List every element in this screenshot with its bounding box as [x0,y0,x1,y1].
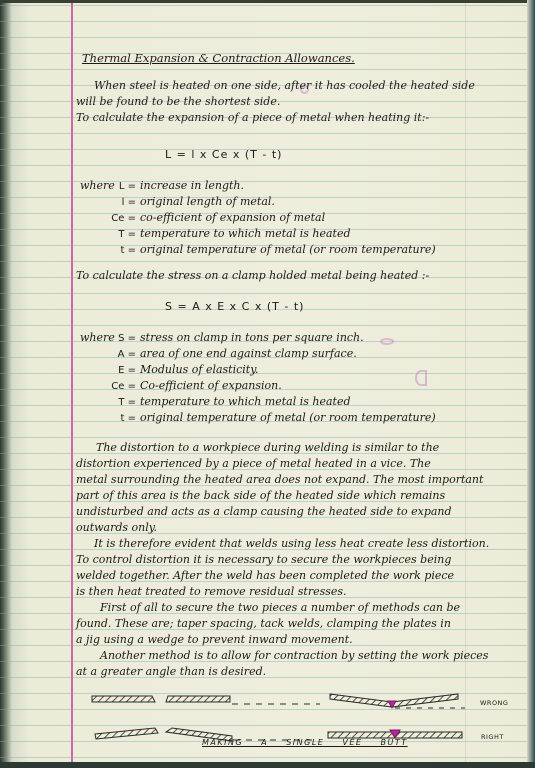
definition-row: S =stress on clamp in tons per square in… [100,330,364,347]
definition-row: L =increase in length. [100,178,244,195]
page-title: Thermal Expansion & Contraction Allowanc… [82,51,355,65]
welded-wrong [330,694,458,708]
label-right: RIGHT [481,733,504,741]
formula-stress: S = A x E x C x (T - t) [165,300,304,313]
notebook-page: Thermal Expansion & Contraction Allowanc… [0,0,535,768]
def-key: A = [100,347,136,363]
def-text: Modulus of elasticity. [140,363,258,376]
intro-line: When steel is heated on one side, after … [94,78,475,94]
paragraph-line: part of this area is the back side of th… [76,488,445,504]
intro-line: To calculate the expansion of a piece of… [76,110,429,126]
definition-row: l =original length of metal. [100,194,275,211]
paragraph-line: found. These are; taper spacing, tack we… [76,616,451,632]
definition-row: T =temperature to which metal is heated [100,394,351,411]
plate-wrong-left [92,696,155,702]
intro-line: will be found to be the shortest side. [76,94,280,110]
definition-row: T =temperature to which metal is heated [100,226,351,243]
definition-row: A =area of one end against clamp surface… [100,346,357,363]
def-key: Ce = [100,211,136,227]
vee-butt-diagram [80,684,530,764]
paragraph-line: welded together. After the weld has been… [76,568,454,584]
def-text: temperature to which metal is heated [140,227,351,240]
paragraph-line: a jig using a wedge to prevent inward mo… [76,632,353,648]
formula-expansion: L = l x Ce x (T - t) [165,148,282,161]
ink-smudge [380,338,394,345]
def-key: L = [100,179,136,195]
def-key: T = [100,395,136,411]
diagram-caption: MAKING A SINGLE VEE BUTT [202,738,408,747]
def-key: Ce = [100,379,136,395]
paragraph-line: To control distortion it is necessary to… [76,552,451,568]
stress-intro: To calculate the stress on a clamp holde… [76,268,429,284]
paragraph-line: metal surrounding the heated area does n… [76,472,483,488]
page-top-edge [0,0,535,3]
paragraph-line: First of all to secure the two pieces a … [100,600,460,616]
paragraph-line: It is therefore evident that welds using… [94,536,489,552]
paragraph-line: is then heat treated to remove residual … [76,584,347,600]
def-text: temperature to which metal is heated [140,395,351,408]
def-text: original length of metal. [140,195,275,208]
paragraph-line: The distortion to a workpiece during wel… [96,440,439,456]
welded-right [328,730,462,738]
page-right-edge [527,0,535,768]
def-key: S = [100,331,136,347]
def-key: l = [100,195,136,211]
label-wrong: WRONG [480,699,508,707]
def-text: co-efficient of expansion of metal [140,211,325,224]
paragraph-line: outwards only. [76,520,157,536]
def-key: E = [100,363,136,379]
definition-row: E =Modulus of elasticity. [100,362,258,379]
definition-row: Ce =Co-efficient of expansion. [100,378,282,395]
definition-row: t =original temperature of metal (or roo… [100,410,436,427]
margin-line [71,0,73,768]
paragraph-line: Another method is to allow for contracti… [100,648,488,664]
def-text: original temperature of metal (or room t… [140,243,436,256]
def-text: original temperature of metal (or room t… [140,411,436,424]
def-key: t = [100,243,136,259]
paragraph-line: at a greater angle than is desired. [76,664,266,680]
definition-row: Ce =co-efficient of expansion of metal [100,210,325,227]
def-text: area of one end against clamp surface. [140,347,357,360]
def-text: stress on clamp in tons per square inch. [140,331,364,344]
plate-right-left [95,728,158,739]
def-key: T = [100,227,136,243]
paragraph-line: undisturbed and acts as a clamp causing … [76,504,452,520]
def-key: t = [100,411,136,427]
def-text: Co-efficient of expansion. [140,379,282,392]
ink-smudge [415,370,427,386]
paragraph-line: distortion experienced by a piece of met… [76,456,431,472]
definition-row: t =original temperature of metal (or roo… [100,242,436,259]
plate-wrong-right [166,696,230,702]
def-text: increase in length. [140,179,244,192]
